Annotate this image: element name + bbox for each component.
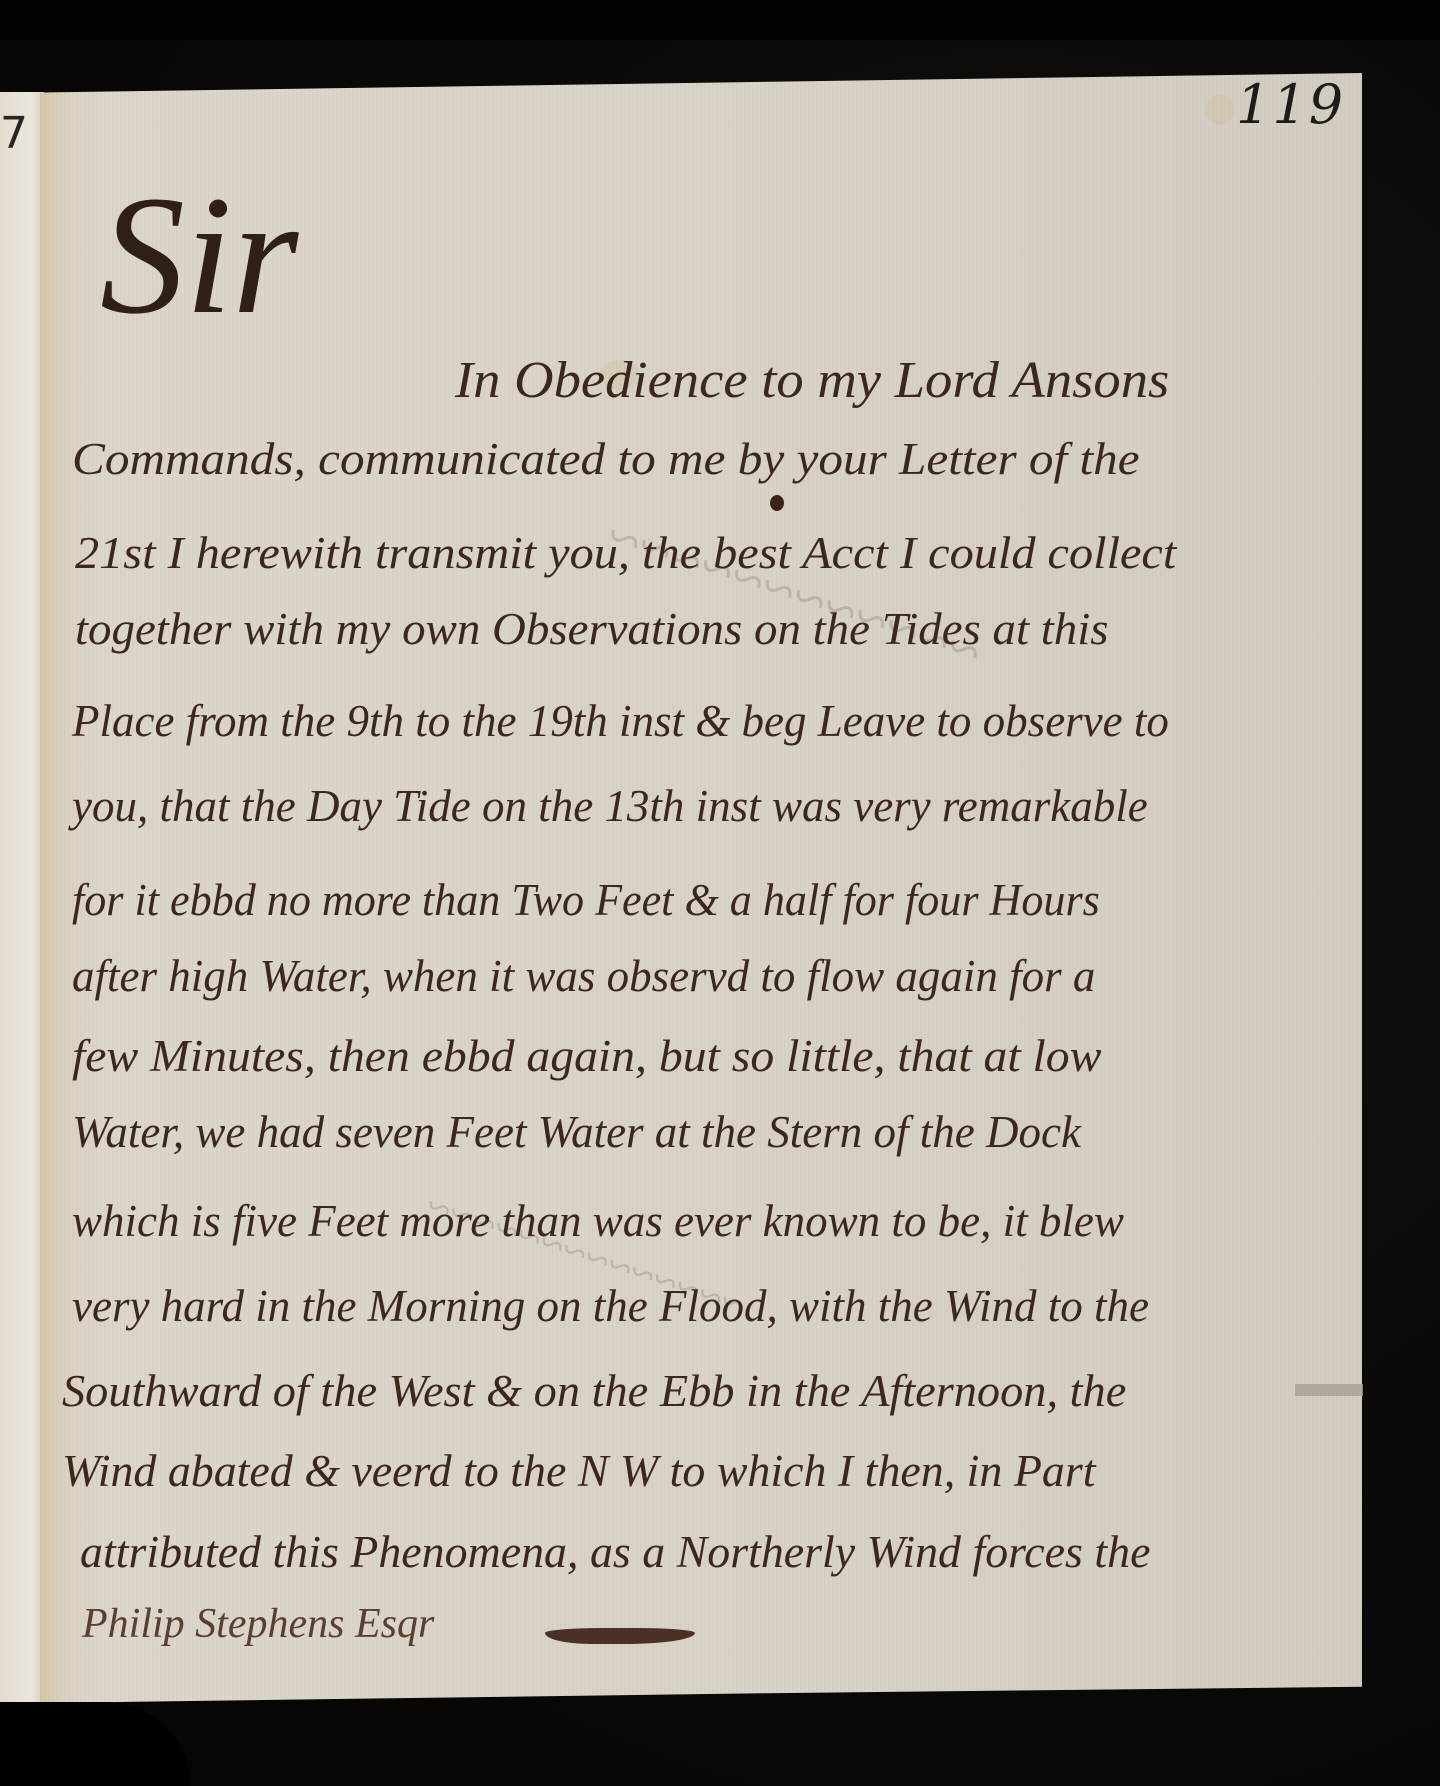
previous-page-edge <box>0 92 44 1704</box>
paper-tab <box>1295 1384 1363 1396</box>
text-line-5: Place from the 9th to the 19th inst & be… <box>72 699 1169 744</box>
text-line-10: Water, we had seven Feet Water at the St… <box>72 1110 1081 1155</box>
text-line-4: together with my own Observations on the… <box>75 606 1109 652</box>
text-line-15: attributed this Phenomena, as a Northerl… <box>80 1530 1150 1575</box>
text-line-8: after high Water, when it was observd to… <box>72 954 1095 999</box>
text-line-3: 21st I herewith transmit you, the best A… <box>75 530 1176 576</box>
salutation: Sir <box>100 170 298 340</box>
previous-page-mark: 7 <box>0 112 28 156</box>
text-line-1: In Obedience to my Lord Ansons <box>455 355 1169 407</box>
text-line-2: Commands, communicated to me by your Let… <box>72 436 1140 482</box>
addressee: Philip Stephens Esqr <box>82 1603 434 1645</box>
text-line-12: very hard in the Morning on the Flood, w… <box>72 1284 1149 1329</box>
text-line-6: you, that the Day Tide on the 13th inst … <box>72 784 1148 829</box>
top-band <box>0 0 1440 40</box>
paper-stain <box>1205 95 1235 125</box>
ink-blot <box>770 495 784 511</box>
text-line-7: for it ebbd no more than Two Feet & a ha… <box>72 878 1100 923</box>
text-line-11: which is five Feet more than was ever kn… <box>72 1199 1124 1244</box>
text-line-9: few Minutes, then ebbd again, but so lit… <box>72 1034 1101 1079</box>
text-line-13: Southward of the West & on the Ebb in th… <box>62 1369 1126 1414</box>
folio-number: 119 <box>1236 78 1345 132</box>
text-line-14: Wind abated & veerd to the N W to which … <box>62 1449 1095 1494</box>
